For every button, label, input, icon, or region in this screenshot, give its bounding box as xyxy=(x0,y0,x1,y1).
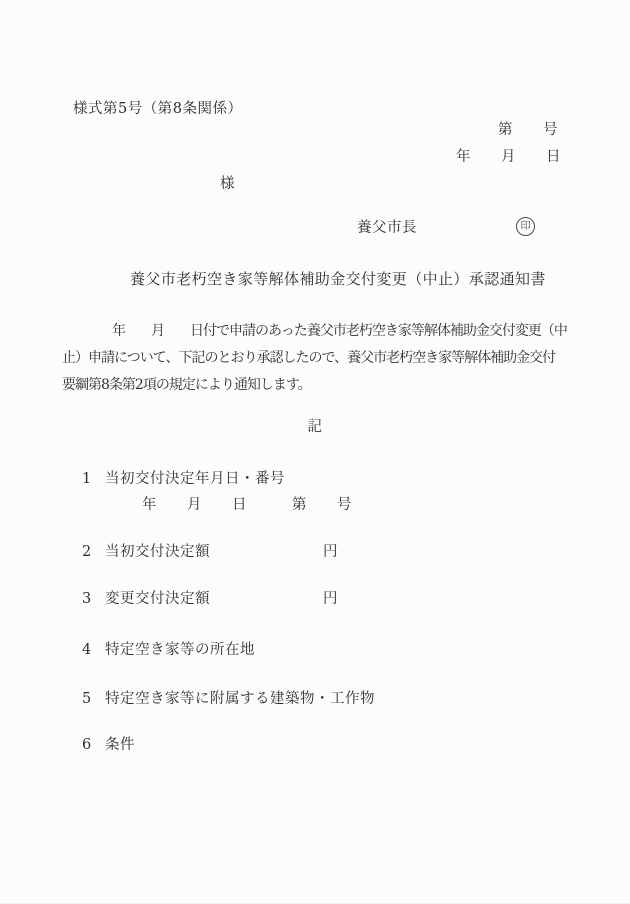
item-row-5: 5特定空き家等に附属する建築物・工作物 xyxy=(82,689,630,709)
document-page: 様式第5号（第8条関係） 第 号 年 月 日 様 養父市長 印 養父市老朽空き家… xyxy=(0,0,630,904)
item-label: 特定空き家等に附属する建築物・工作物 xyxy=(105,691,375,707)
currency-unit: 円 xyxy=(323,542,338,562)
item-label: 特定空き家等の所在地 xyxy=(105,642,255,658)
currency-unit: 円 xyxy=(323,589,338,609)
item-label: 変更交付決定額 xyxy=(105,591,210,607)
seal-char: 印 xyxy=(521,222,531,232)
item-number: 3 xyxy=(82,589,105,609)
body-paragraph: 年 月 日付で申請のあった養父市老朽空き家等解体補助金交付変更（中 止）申請につ… xyxy=(62,318,567,399)
item-number: 6 xyxy=(82,735,105,755)
item-label: 当初交付決定年月日・番号 xyxy=(105,471,285,487)
item-row-3: 3変更交付決定額 円 xyxy=(82,589,630,609)
item-row-4: 4特定空き家等の所在地 xyxy=(82,640,630,660)
record-marker: 記 xyxy=(0,417,630,437)
item-row-6: 6条件 xyxy=(82,735,630,755)
item-number: 2 xyxy=(82,542,105,562)
document-title: 養父市老朽空き家等解体補助金交付変更（中止）承認通知書 xyxy=(130,269,546,289)
seal-icon: 印 xyxy=(516,217,535,236)
date-blank: 年 月 日 xyxy=(0,147,561,167)
body-line: 止）申請について、下記のとおり承認したので、養父市老朽空き家等解体補助金交付 xyxy=(62,345,567,372)
item-row-2: 2当初交付決定額 円 xyxy=(82,542,630,562)
item-number: 5 xyxy=(82,689,105,709)
item-number: 1 xyxy=(82,469,105,489)
form-number: 様式第5号（第8条関係） xyxy=(73,99,242,119)
sender-title: 養父市長 xyxy=(357,218,417,238)
body-line: 要綱第8条第2項の規定により通知します。 xyxy=(62,372,567,399)
item-1-date-number-blank: 年 月 日 第 号 xyxy=(142,495,352,515)
addressee-suffix: 様 xyxy=(220,174,235,194)
document-number-blank: 第 号 xyxy=(0,120,558,140)
item-row-1: 1当初交付決定年月日・番号 xyxy=(82,469,630,489)
body-line: 年 月 日付で申請のあった養父市老朽空き家等解体補助金交付変更（中 xyxy=(62,318,567,345)
item-number: 4 xyxy=(82,640,105,660)
item-label: 当初交付決定額 xyxy=(105,544,210,560)
item-label: 条件 xyxy=(105,737,135,753)
